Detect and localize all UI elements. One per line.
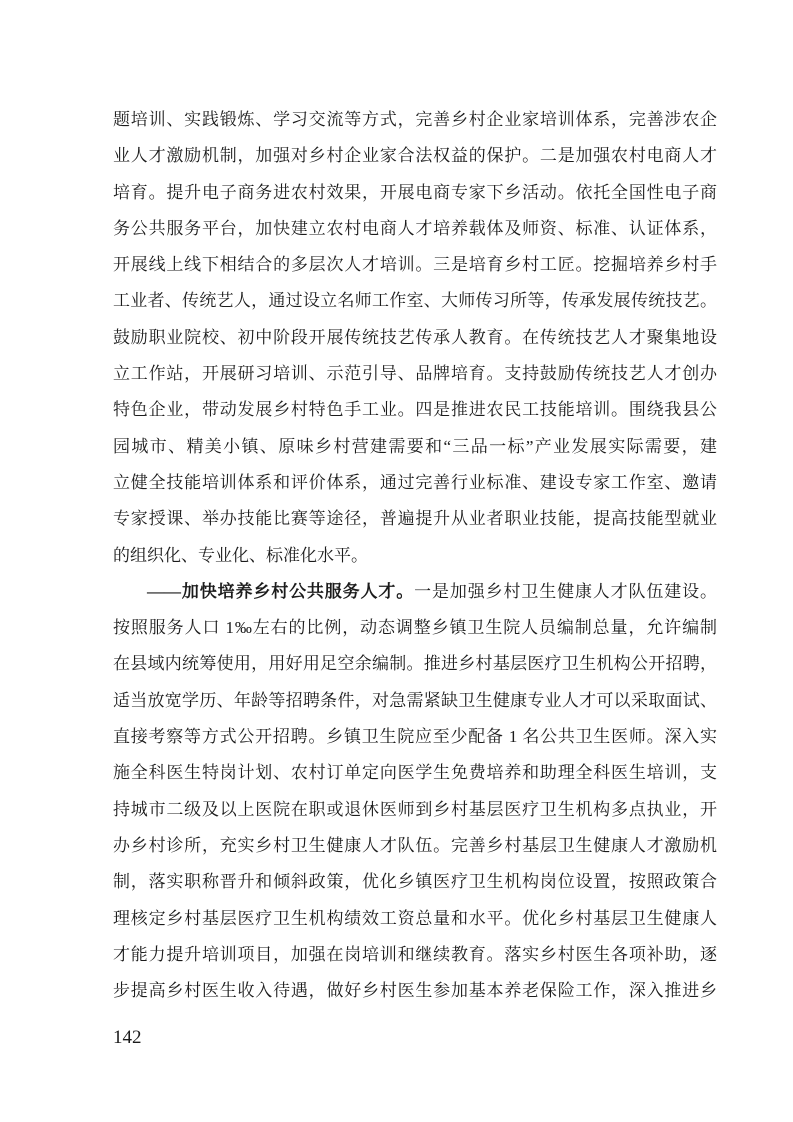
document-body: 题培训、实践锻炼、学习交流等方式，完善乡村企业家培训体系，完善涉农企业人才激励机… [113, 102, 717, 1009]
text-line: 施全科医生特岗计划、农村订单定向医学生免费培养和助理全科医生培训，支 [113, 755, 717, 791]
text-line: 特色企业，带动发展乡村特色手工业。四是推进农民工技能培训。围绕我县公 [113, 392, 717, 428]
text-line: 题培训、实践锻炼、学习交流等方式，完善乡村企业家培训体系，完善涉农企 [113, 102, 717, 138]
text-line: 在县域内统筹使用，用好用足空余编制。推进乡村基层医疗卫生机构公开招聘， [113, 646, 717, 682]
text-line: 步提高乡村医生收入待遇，做好乡村医生参加基本养老保险工作，深入推进乡 [113, 973, 717, 1009]
page-number: 142 [113, 1026, 142, 1050]
text-line: 制，落实职称晋升和倾斜政策，优化乡镇医疗卫生机构岗位设置，按照政策合 [113, 864, 717, 900]
text-line: 立健全技能培训体系和评价体系，通过完善行业标准、建设专家工作室、邀请 [113, 465, 717, 501]
text-line: 适当放宽学历、年龄等招聘条件，对急需紧缺卫生健康专业人才可以采取面试、 [113, 683, 717, 719]
text-line: 持城市二级及以上医院在职或退休医师到乡村基层医疗卫生机构多点执业，开 [113, 792, 717, 828]
text-line: 开展线上线下相结合的多层次人才培训。三是培育乡村工匠。挖掘培养乡村手 [113, 247, 717, 283]
text-line: 园城市、精美小镇、原味乡村营建需要和“三品一标”产业发展实际需要，建 [113, 429, 717, 465]
text-line: 专家授课、举办技能比赛等途径，普遍提升从业者职业技能，提高技能型就业 [113, 501, 717, 537]
text-line: ——加快培养乡村公共服务人才。一是加强乡村卫生健康人才队伍建设。 [113, 574, 717, 610]
text-line: 才能力提升培训项目，加强在岗培训和继续教育。落实乡村医生各项补助，逐 [113, 937, 717, 973]
document-page: 题培训、实践锻炼、学习交流等方式，完善乡村企业家培训体系，完善涉农企业人才激励机… [0, 0, 793, 1122]
paragraph-lead-bold: ——加快培养乡村公共服务人才。 [147, 582, 414, 601]
text-line: 务公共服务平台，加快建立农村电商人才培养载体及师资、标准、认证体系， [113, 211, 717, 247]
text-line: 工业者、传统艺人，通过设立名师工作室、大师传习所等，传承发展传统技艺。 [113, 283, 717, 319]
text-line: 办乡村诊所，充实乡村卫生健康人才队伍。完善乡村基层卫生健康人才激励机 [113, 828, 717, 864]
text-line: 立工作站，开展研习培训、示范引导、品牌培育。支持鼓励传统技艺人才创办 [113, 356, 717, 392]
text-line: 培育。提升电子商务进农村效果，开展电商专家下乡活动。依托全国性电子商 [113, 175, 717, 211]
text-line: 直接考察等方式公开招聘。乡镇卫生院应至少配备 1 名公共卫生医师。深入实 [113, 719, 717, 755]
text-line: 鼓励职业院校、初中阶段开展传统技艺传承人教育。在传统技艺人才聚集地设 [113, 320, 717, 356]
text-line: 理核定乡村基层医疗卫生机构绩效工资总量和水平。优化乡村基层卫生健康人 [113, 901, 717, 937]
text-line: 按照服务人口 1‰左右的比例，动态调整乡镇卫生院人员编制总量，允许编制 [113, 610, 717, 646]
text-line: 业人才激励机制，加强对乡村企业家合法权益的保护。二是加强农村电商人才 [113, 138, 717, 174]
text-line: 的组织化、专业化、标准化水平。 [113, 538, 717, 574]
